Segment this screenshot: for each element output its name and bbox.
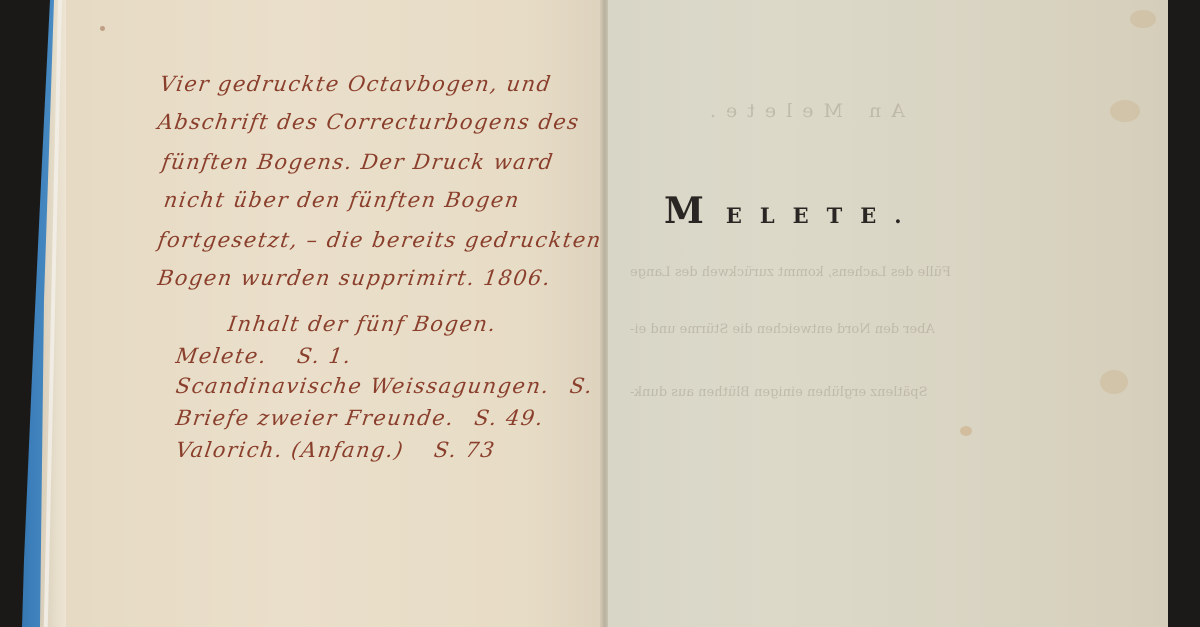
ghost-line: Aber den Nord entweichen die Stürme und … bbox=[630, 322, 935, 337]
ghost-line: Fülle des Lachens, kommt zurückweh des L… bbox=[630, 265, 951, 280]
paper-spot bbox=[100, 26, 105, 31]
contents-heading: Inhalt der fünf Bogen. bbox=[226, 312, 498, 336]
contents-entry: Valorich. (Anfang.) S. 73 bbox=[174, 438, 497, 462]
dark-background-right bbox=[1168, 0, 1200, 627]
note-line-1: Vier gedruckte Octavbogen, und bbox=[158, 72, 553, 96]
note-line-6: Bogen wurden supprimirt. 1806. bbox=[156, 266, 553, 290]
contents-entry-title: Melete. bbox=[174, 344, 268, 368]
contents-entry: Melete. S. 1. bbox=[174, 344, 353, 368]
contents-entry: Briefe zweier Freunde. S. 49. bbox=[174, 406, 545, 430]
title-rest: ELETE. bbox=[726, 203, 920, 228]
contents-entry-title: Valorich. (Anfang.) bbox=[174, 438, 405, 462]
contents-entry-page: S. 73 bbox=[433, 438, 498, 462]
foxing-stain bbox=[960, 426, 972, 436]
note-line-4: nicht über den fünften Bogen bbox=[162, 188, 521, 212]
foxing-stain bbox=[1130, 10, 1156, 28]
note-line-5: fortgesetzt, – die bereits gedruckten bbox=[156, 228, 603, 252]
ghost-line: Spätlenz erglühen einigen Blüthen aus du… bbox=[630, 385, 928, 400]
note-line-2: Abschrift des Correcturbogens des bbox=[156, 110, 581, 134]
title-initial: M bbox=[664, 190, 726, 232]
note-line-3: fünften Bogens. Der Druck ward bbox=[160, 150, 555, 174]
contents-entry: Scandinavische Weissagungen. S. 29. bbox=[174, 374, 641, 398]
contents-entry-page: S. 1. bbox=[296, 344, 354, 368]
contents-entry-page: S. 49. bbox=[473, 406, 546, 430]
foxing-stain bbox=[1100, 370, 1128, 394]
contents-entry-title: Scandinavische Weissagungen. bbox=[174, 374, 551, 398]
ghost-line: An Melete. bbox=[700, 100, 905, 122]
foxing-stain bbox=[1110, 100, 1140, 122]
printed-title: MELETE. bbox=[664, 190, 920, 232]
contents-entry-title: Briefe zweier Freunde. bbox=[174, 406, 456, 430]
right-page bbox=[608, 0, 1170, 627]
